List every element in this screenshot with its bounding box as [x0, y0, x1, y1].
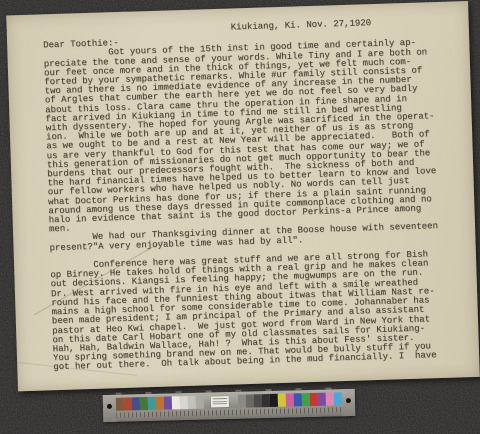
- strip-end-cap-left: [103, 395, 117, 422]
- screw-hole-icon: [346, 398, 351, 403]
- calibration-label-chip: [211, 396, 229, 407]
- letter-text: Kiukiang, Ki. Nov. 27,1920 Dear Toothie:…: [6, 1, 480, 391]
- strip-end-cap-right: [342, 389, 356, 416]
- strip-patch-zone: [116, 389, 343, 422]
- strip-center-section: [204, 395, 238, 409]
- letter-paper: Kiukiang, Ki. Nov. 27,1920 Dear Toothie:…: [6, 1, 480, 391]
- screw-hole-icon: [107, 404, 112, 409]
- letter-body: Got yours of the 15th inst in good time …: [43, 38, 453, 373]
- scanned-letter-page: Kiukiang, Ki. Nov. 27,1920 Dear Toothie:…: [0, 0, 480, 434]
